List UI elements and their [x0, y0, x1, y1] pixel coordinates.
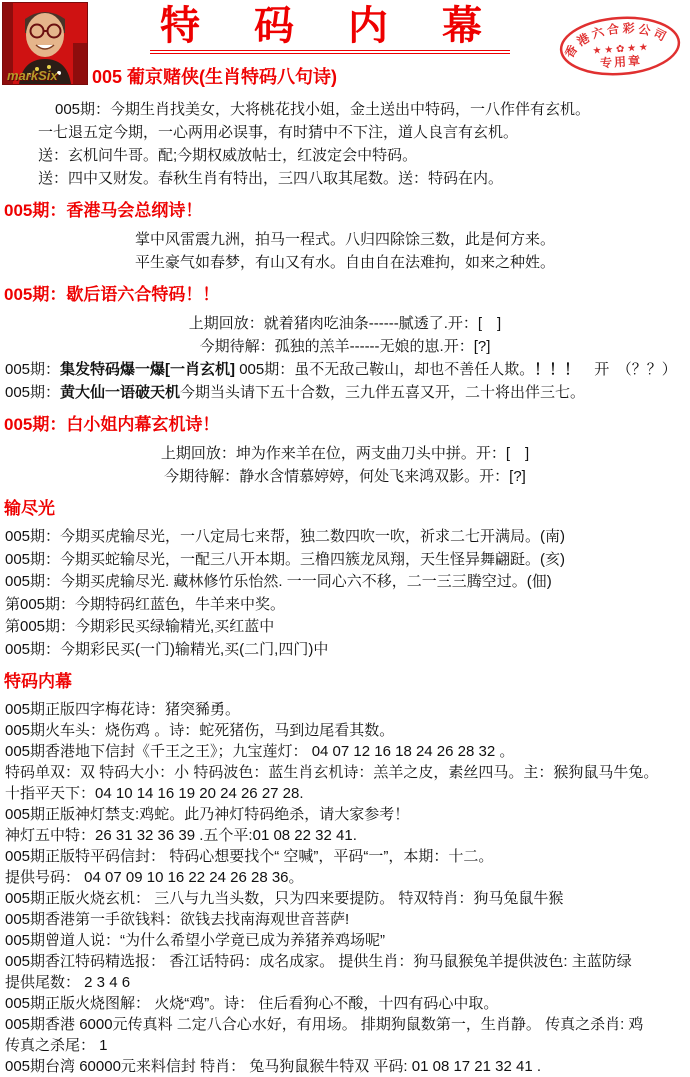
section-heading-baixiaojie: 005期：白小姐内幕玄机诗！	[0, 414, 690, 436]
text-segment: 提供尾数： 2 3 4 6	[5, 974, 130, 991]
text-segment: 005期香港 6000元传真料 二定八合心水好，有用场。 排期狗鼠数第一，生肖静…	[5, 1016, 643, 1033]
section-xiehouyu: 005期：歇后语六合特码！！上期回放：就着猪肉吃油条------腻透了.开：[ …	[0, 284, 690, 404]
text-line: 005期：集发特码爆一爆[一肖玄机] 005期：虽不无敌己鞍山，却也不善任人欺。…	[0, 358, 690, 381]
text-segment: 一七退五定今期，一心两用必误事，有时猜中不下注，道人良言有玄机。	[38, 124, 518, 141]
text-line: 特码单双：双 特码大小：小 特码波色：蓝生肖玄机诗：羔羊之皮，素丝四马。主：猴狗…	[0, 762, 690, 783]
text-segment: 005期曾道人说：“为什么希望小学竟已成为养猪养鸡场呢”	[5, 932, 385, 949]
section-heading-neimu: 特码内幕	[0, 671, 690, 693]
section-neimu: 特码内幕005期正版四字梅花诗：猪突豨勇。005期火车头：烧伤鸡 。诗：蛇死猪伤…	[0, 671, 690, 1077]
section-zonggang: 005期：香港马会总纲诗！掌中风雷震九洲，拍马一程式。八归四除馀三数，此是何方来…	[0, 200, 690, 274]
text-line: 今期待解：孤独的羔羊------无娘的崽.开：[?]	[0, 335, 690, 358]
text-segment: 005期香江特码精选报： 香江话特码：成名成家。 提供生肖：狗马鼠猴兔羊提供波色…	[5, 953, 632, 970]
sections: 005 葡京赌侠(生肖特码八句诗)005期：今期生肖找美女，大将桃花找小姐，金土…	[0, 66, 690, 1077]
text-segment: 提供号码： 04 07 09 10 16 22 24 26 28 36。	[5, 869, 304, 886]
text-segment: 十指平天下：04 10 14 16 19 20 24 26 27 28.	[5, 785, 304, 802]
text-segment: 神灯五中特：26 31 32 36 39 .五个平:01 08 22 32 41…	[5, 827, 357, 844]
text-line: 005期香江特码精选报： 香江话特码：成名成家。 提供生肖：狗马鼠猴兔羊提供波色…	[0, 951, 690, 972]
text-line: 005期正版神灯禁支:鸡蛇。此乃神灯特码绝杀，请大家参考！	[0, 804, 690, 825]
marksix-logo: markSix	[2, 2, 88, 85]
text-segment: 开 （？？）	[579, 361, 677, 378]
text-line: 送：四中又财发。春秋生肖有特出，三四八取其尾数。送：特码在内。	[0, 167, 690, 190]
text-line: 005期：黄大仙一语破天机今期当头请下五十合数，三九伴五喜又开，二十将出伴三七。	[0, 381, 690, 404]
text-line: 上期回放：坤为作来羊在位，两支曲刀头中拼。开：[ ]	[0, 442, 690, 465]
text-line: 005期正版火烧玄机： 三八与九当头数，只为四来要提防。 特双特肖：狗马兔鼠牛猴	[0, 888, 690, 909]
text-segment: 005期正版火烧图解： 火烧“鸡”。诗： 住后看狗心不酸，十四有码心中取。	[5, 995, 498, 1012]
text-line: 005期：今期彩民买(一门)输精光,买(二门,四门)中	[0, 639, 690, 662]
text-segment: 送：玄机问牛哥。配;今期权威放帖士，红波定会中特码。	[38, 147, 417, 164]
text-line: 传真之杀尾： 1	[0, 1035, 690, 1056]
text-segment: 送：四中又财发。春秋生肖有特出，三四八取其尾数。送：特码在内。	[38, 170, 503, 187]
text-line: 005期：今期买蛇输尽光，一配三八开本期。三橹四簇龙凤翔，天生怪异舞翩跹。(亥)	[0, 549, 690, 572]
text-segment: 上期回放：坤为作来羊在位，两支曲刀头中拼。开：[ ]	[161, 445, 529, 462]
text-segment: 今期当头请下五十合数，三九伴五喜又开，二十将出伴三七。	[180, 384, 585, 401]
text-segment: 005期：今期买蛇输尽光，一配三八开本期。三橹四簇龙凤翔，天生怪异舞翩跹。(亥)	[5, 551, 565, 568]
bold-text-segment: 黄大仙一语破天机	[60, 384, 180, 401]
section-pujing: 005 葡京赌侠(生肖特码八句诗)005期：今期生肖找美女，大将桃花找小姐，金土…	[0, 66, 690, 190]
section-heading-zonggang: 005期：香港马会总纲诗！	[0, 200, 690, 222]
text-segment: 005期台湾 60000元来料信封 特肖： 兔马狗鼠猴牛特双 平码: 01 08…	[5, 1058, 541, 1075]
text-segment: 005期正版特平码信封： 特码心想要找个“ 空喊”，平码“一”，本期：十二。	[5, 848, 493, 865]
text-segment: 005期正版四字梅花诗：猪突豨勇。	[5, 701, 240, 718]
text-segment: 005期正版神灯禁支:鸡蛇。此乃神灯特码绝杀，请大家参考！	[5, 806, 409, 823]
text-segment: 005期：今期彩民买(一门)输精光,买(二门,四门)中	[5, 641, 328, 658]
text-line: 提供号码： 04 07 09 10 16 22 24 26 28 36。	[0, 867, 690, 888]
text-line: 平生豪气如春梦，有山又有水。自由自在法难拘，如来之种姓。	[0, 251, 690, 274]
text-segment: 今期待解：静水含情慕婷婷，何处飞来鸿双影。开：[?]	[164, 468, 526, 485]
text-line: 005期：今期生肖找美女，大将桃花找小姐，金土送出中特码，一八作伴有玄机。	[0, 98, 690, 121]
section-shujinguang: 输尽光005期：今期买虎输尽光，一八定局七来帮，独二数四吹一吹，祈求二七开满局。…	[0, 498, 690, 661]
text-segment: 005期：虽不无敌己鞍山，却也不善任人欺。	[235, 361, 534, 378]
text-segment: 005期：今期生肖找美女，大将桃花找小姐，金土送出中特码，一八作伴有玄机。	[55, 101, 590, 118]
text-segment: 005期：	[5, 384, 60, 401]
text-line: 今期待解：静水含情慕婷婷，何处飞来鸿双影。开：[?]	[0, 465, 690, 488]
text-line: 十指平天下：04 10 14 16 19 20 24 26 27 28.	[0, 783, 690, 804]
text-line: 神灯五中特：26 31 32 36 39 .五个平:01 08 22 32 41…	[0, 825, 690, 846]
text-line: 005期台湾 60000元来料信封 特肖： 兔马狗鼠猴牛特双 平码: 01 08…	[0, 1056, 690, 1077]
section-heading-pujing: 005 葡京赌侠(生肖特码八句诗)	[88, 66, 690, 88]
text-segment: 掌中风雷震九洲，拍马一程式。八归四除馀三数，此是何方来。	[135, 231, 555, 248]
banner: markSix 特 码 内 幕 香港六合彩公司 ★ ★ ✿ ★ ★ 专用章	[0, 0, 690, 64]
text-segment: 005期火车头：烧伤鸡 。诗：蛇死猪伤，马到边尾看其数。	[5, 722, 394, 739]
section-heading-xiehouyu: 005期：歇后语六合特码！！	[0, 284, 690, 306]
text-line: 005期正版火烧图解： 火烧“鸡”。诗： 住后看狗心不酸，十四有码心中取。	[0, 993, 690, 1014]
text-segment: 005期正版火烧玄机： 三八与九当头数，只为四来要提防。 特双特肖：狗马兔鼠牛猴	[5, 890, 563, 907]
text-line: 005期香港 6000元传真料 二定八合心水好，有用场。 排期狗鼠数第一，生肖静…	[0, 1014, 690, 1035]
page: markSix 特 码 内 幕 香港六合彩公司 ★ ★ ✿ ★ ★ 专用章 00…	[0, 0, 690, 1077]
text-line: 005期火车头：烧伤鸡 。诗：蛇死猪伤，马到边尾看其数。	[0, 720, 690, 741]
text-segment: 005期香港地下信封《千王之王》；九宝莲灯： 04 07 12 16 18 24…	[5, 743, 514, 760]
text-segment: 第005期：今期特码红蓝色，牛羊来中奖。	[5, 596, 285, 613]
text-line: 第005期：今期特码红蓝色，牛羊来中奖。	[0, 594, 690, 617]
text-segment: 005期香港第一手欲钱料：欲钱去找南海观世音菩萨!	[5, 911, 349, 928]
text-line: 005期正版四字梅花诗：猪突豨勇。	[0, 699, 690, 720]
text-segment: 今期待解：孤独的羔羊------无娘的崽.开：[?]	[200, 338, 491, 355]
text-segment: 005期：今期买虎输尽光. 藏林修竹乐怡然. 一一同心六不移，二一三三腾空过。(…	[5, 573, 552, 590]
section-heading-shujinguang: 输尽光	[0, 498, 690, 520]
text-segment: 第005期：今期彩民买绿输精光,买红蓝中	[5, 618, 274, 635]
text-segment: 平生豪气如春梦，有山又有水。自由自在法难拘，如来之种姓。	[135, 254, 555, 271]
text-line: 上期回放：就着猪肉吃油条------腻透了.开：[ ]	[0, 312, 690, 335]
bold-text-segment: ！！！	[534, 361, 579, 378]
text-line: 005期正版特平码信封： 特码心想要找个“ 空喊”，平码“一”，本期：十二。	[0, 846, 690, 867]
text-segment: 传真之杀尾： 1	[5, 1037, 108, 1054]
marksix-logo-label: markSix	[7, 68, 58, 83]
text-line: 005期曾道人说：“为什么希望小学竟已成为养猪养鸡场呢”	[0, 930, 690, 951]
text-line: 005期：今期买虎输尽光，一八定局七来帮，独二数四吹一吹，祈求二七开满局。(南)	[0, 526, 690, 549]
text-line: 005期香港地下信封《千王之王》；九宝莲灯： 04 07 12 16 18 24…	[0, 741, 690, 762]
text-line: 第005期：今期彩民买绿输精光,买红蓝中	[0, 616, 690, 639]
text-segment: 特码单双：双 特码大小：小 特码波色：蓝生肖玄机诗：羔羊之皮，素丝四马。主：猴狗…	[5, 764, 658, 781]
page-title: 特 码 内 幕	[150, 4, 510, 54]
text-segment: 005期：今期买虎输尽光，一八定局七来帮，独二数四吹一吹，祈求二七开满局。(南)	[5, 528, 565, 545]
text-line: 掌中风雷震九洲，拍马一程式。八归四除馀三数，此是何方来。	[0, 228, 690, 251]
text-line: 提供尾数： 2 3 4 6	[0, 972, 690, 993]
bold-text-segment: 集发特码爆一爆[一肖玄机]	[60, 361, 235, 378]
text-line: 005期香港第一手欲钱料：欲钱去找南海观世音菩萨!	[0, 909, 690, 930]
text-line: 一七退五定今期，一心两用必误事，有时猜中不下注，道人良言有玄机。	[0, 121, 690, 144]
section-baixiaojie: 005期：白小姐内幕玄机诗！上期回放：坤为作来羊在位，两支曲刀头中拼。开：[ ]…	[0, 414, 690, 488]
text-segment: 005期：	[5, 361, 60, 378]
text-line: 送：玄机问牛哥。配;今期权威放帖士，红波定会中特码。	[0, 144, 690, 167]
text-line: 005期：今期买虎输尽光. 藏林修竹乐怡然. 一一同心六不移，二一三三腾空过。(…	[0, 571, 690, 594]
text-segment: 上期回放：就着猪肉吃油条------腻透了.开：[ ]	[189, 315, 501, 332]
